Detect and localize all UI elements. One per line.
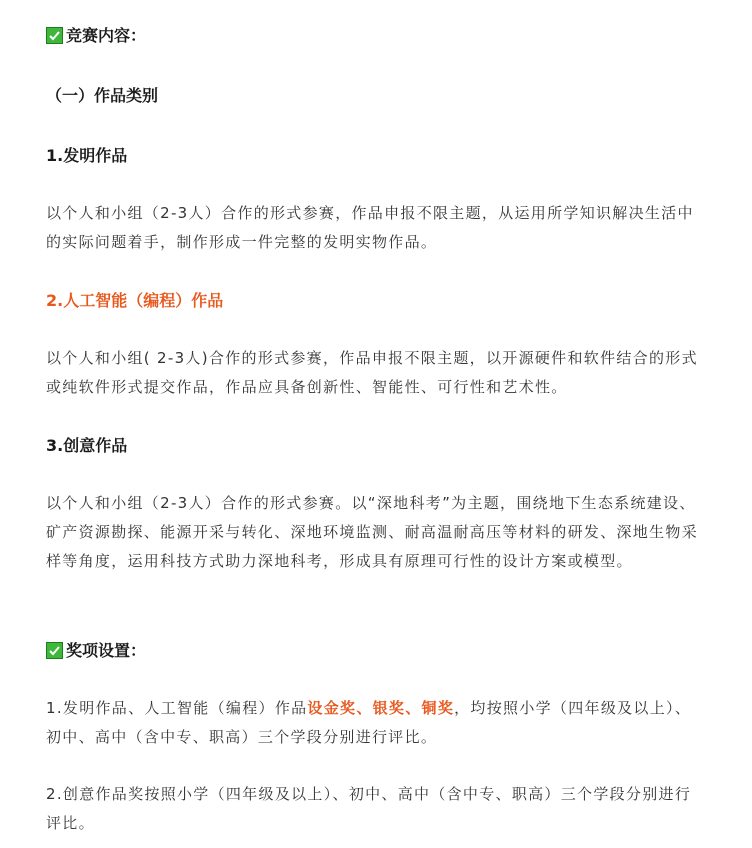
award-prefix: 1.发明作品、人工智能（编程）作品 [46, 699, 307, 717]
item-heading: 1.发明作品 [46, 144, 706, 168]
article-page: 竞赛内容： （一）作品类别 1.发明作品 以个人和小组（2-3人）合作的形式参赛… [0, 0, 752, 848]
item-body: 以个人和小组( 2-3人)合作的形式参赛，作品申报不限主题，以开源硬件和软件结合… [46, 344, 706, 402]
award-item-1: 1.发明作品、人工智能（编程）作品设金奖、银奖、铜奖，均按照小学（四年级及以上）… [46, 694, 706, 752]
item-heading: 3.创意作品 [46, 434, 706, 458]
item-body: 以个人和小组（2-3人）合作的形式参赛。以“深地科考”为主题，围绕地下生态系统建… [46, 489, 706, 576]
check-box-icon [46, 27, 63, 44]
subsection-title: （一）作品类别 [46, 84, 706, 108]
section-heading-awards: 奖项设置： [46, 639, 706, 663]
item-heading-highlighted: 2.人工智能（编程）作品 [46, 289, 706, 313]
section-title: 竞赛内容： [66, 26, 146, 45]
section-title: 奖项设置： [66, 641, 146, 660]
item-body: 以个人和小组（2-3人）合作的形式参赛，作品申报不限主题，从运用所学知识解决生活… [46, 199, 706, 257]
section-heading-competition-content: 竞赛内容： [46, 24, 706, 48]
award-highlight: 设金奖、银奖、铜奖 [307, 699, 454, 717]
award-item-2: 2.创意作品奖按照小学（四年级及以上）、初中、高中（含中专、职高）三个学段分别进… [46, 780, 706, 838]
check-box-icon [46, 642, 63, 659]
